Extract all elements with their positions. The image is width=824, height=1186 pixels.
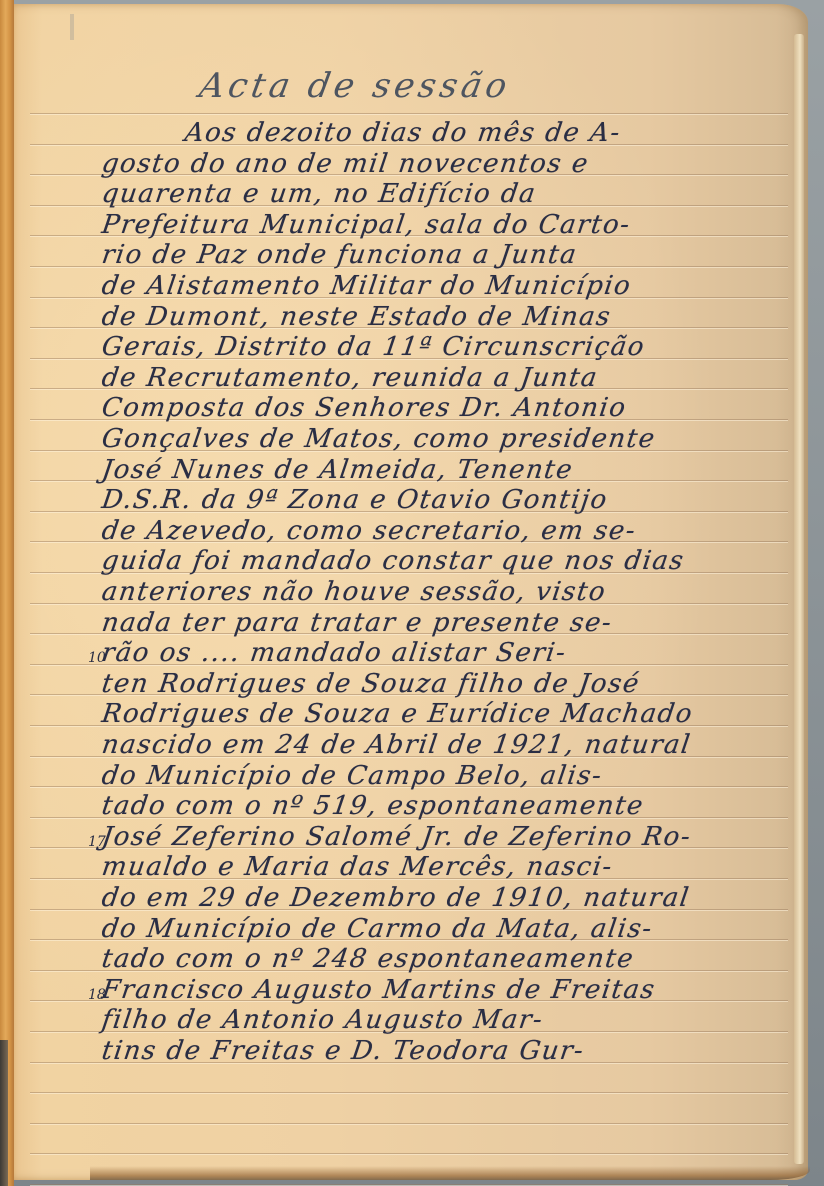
handwritten-line: nada ter para tratar e presente se-: [100, 608, 784, 638]
handwritten-line: tado com o nº 519, espontaneamente: [100, 791, 784, 821]
handwritten-line: de Alistamento Militar do Município: [100, 271, 784, 301]
handwritten-line: Rodrigues de Souza e Eurídice Machado: [100, 699, 784, 729]
margin-entry-number: 18: [88, 987, 106, 1003]
handwritten-line: de Dumont, neste Estado de Minas: [100, 302, 784, 332]
ledger-page: Acta de sessão Aos dezoito dias do mês d…: [10, 4, 808, 1180]
handwritten-line: tado com o nº 248 espontaneamente: [100, 944, 784, 974]
handwritten-line: gosto do ano de mil novecentos e: [100, 149, 784, 179]
handwritten-line: José Zeferino Salomé Jr. de Zeferino Ro-: [100, 822, 784, 852]
handwritten-line: rão os .... mandado alistar Seri-: [100, 638, 784, 668]
margin-entry-number: 17: [88, 834, 106, 850]
photo-scene: Acta de sessão Aos dezoito dias do mês d…: [0, 0, 824, 1186]
book-binding-shadow: [0, 1040, 8, 1186]
page-bottom-edge: [90, 1166, 810, 1180]
handwritten-line: filho de Antonio Augusto Mar-: [100, 1005, 784, 1035]
handwritten-line: do Município de Campo Belo, alis-: [100, 761, 784, 791]
handwritten-line: rio de Paz onde funciona a Junta: [100, 240, 784, 270]
handwritten-line: Prefeitura Municipal, sala do Carto-: [100, 210, 784, 240]
rule-line: [30, 1184, 788, 1185]
handwritten-line: ten Rodrigues de Souza filho de José: [100, 669, 784, 699]
page-edge-right: [794, 34, 804, 1164]
handwritten-line: nascido em 24 de Abril de 1921, natural: [100, 730, 784, 760]
handwritten-line: do Município de Carmo da Mata, alis-: [100, 914, 784, 944]
handwritten-line: guida foi mandado constar que nos dias: [100, 546, 784, 576]
handwritten-line: Gonçalves de Matos, como presidente: [100, 424, 784, 454]
handwritten-line: Composta dos Senhores Dr. Antonio: [100, 393, 784, 423]
handwritten-line: do em 29 de Dezembro de 1910, natural: [100, 883, 784, 913]
handwritten-line: José Nunes de Almeida, Tenente: [100, 455, 784, 485]
book-binding-edge: [0, 0, 14, 1186]
handwritten-line: Francisco Augusto Martins de Freitas: [100, 975, 784, 1005]
handwritten-line: de Azevedo, como secretario, em se-: [100, 516, 784, 546]
handwritten-line: anteriores não houve sessão, visto: [100, 577, 784, 607]
handwritten-body: Aos dezoito dias do mês de A-gosto do an…: [10, 4, 808, 1180]
margin-entry-number: 10: [88, 650, 106, 666]
handwritten-line: Gerais, Distrito da 11ª Circunscrição: [100, 332, 784, 362]
handwritten-line: D.S.R. da 9ª Zona e Otavio Gontijo: [100, 485, 784, 515]
handwritten-line: de Recrutamento, reunida a Junta: [100, 363, 784, 393]
handwritten-line: quarenta e um, no Edifício da: [100, 179, 784, 209]
handwritten-line: mualdo e Maria das Mercês, nasci-: [100, 852, 784, 882]
handwritten-line: tins de Freitas e D. Teodora Gur-: [100, 1036, 784, 1066]
handwritten-line: Aos dezoito dias do mês de A-: [183, 118, 824, 148]
